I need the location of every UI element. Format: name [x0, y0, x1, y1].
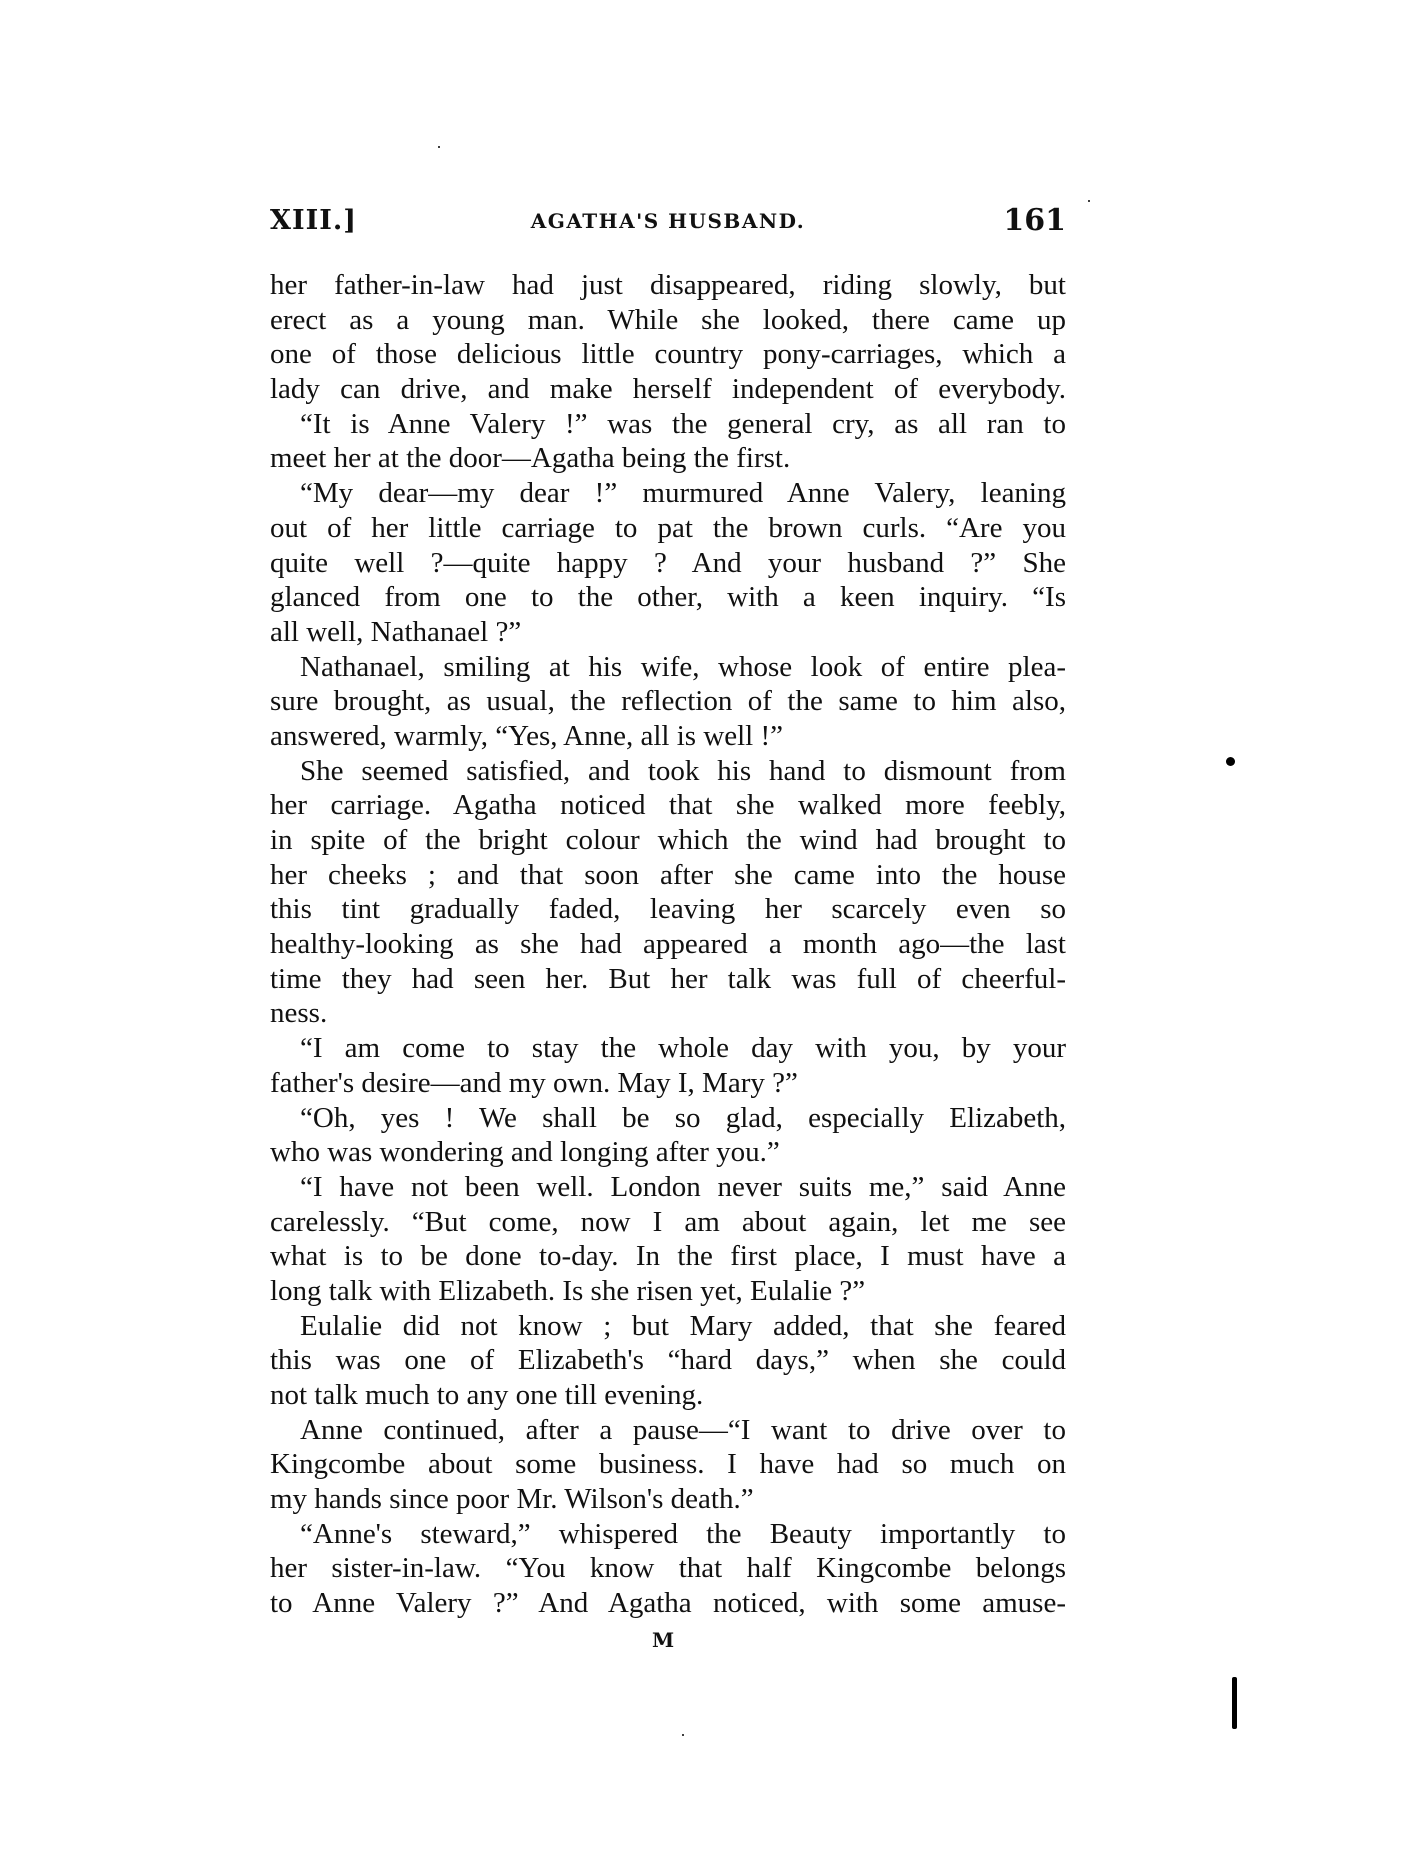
scan-speck: [1088, 200, 1090, 202]
scan-artifact-mark: [1232, 1677, 1237, 1729]
text-line: healthy-looking as she had appeared a mo…: [270, 927, 1066, 962]
text-line: her father-in-law had just disappeared, …: [270, 268, 1066, 303]
running-title: AGATHA'S HUSBAND.: [270, 209, 1066, 233]
text-line: her carriage. Agatha noticed that she wa…: [270, 788, 1066, 823]
text-line: one of those delicious little country po…: [270, 337, 1066, 372]
body-text: her father-in-law had just disappeared, …: [270, 268, 1066, 1621]
scan-speck: [438, 146, 440, 148]
text-line: Kingcombe about some business. I have ha…: [270, 1447, 1066, 1482]
text-line: father's desire—and my own. May I, Mary …: [270, 1066, 1066, 1101]
text-line: time they had seen her. But her talk was…: [270, 962, 1066, 997]
text-line: quite well ?—quite happy ? And your husb…: [270, 546, 1066, 581]
page-number: 161: [1003, 203, 1066, 238]
text-line: She seemed satisfied, and took his hand …: [270, 754, 1066, 789]
text-line: out of her little carriage to pat the br…: [270, 511, 1066, 546]
text-line: Anne continued, after a pause—“I want to…: [270, 1413, 1066, 1448]
text-line: Nathanael, smiling at his wife, whose lo…: [270, 650, 1066, 685]
text-line: this was one of Elizabeth's “hard days,”…: [270, 1343, 1066, 1378]
scan-speck: [682, 1734, 684, 1736]
text-line: her sister-in-law. “You know that half K…: [270, 1551, 1066, 1586]
text-line: her cheeks ; and that soon after she cam…: [270, 858, 1066, 893]
text-line: carelessly. “But come, now I am about ag…: [270, 1205, 1066, 1240]
text-line: erect as a young man. While she looked, …: [270, 303, 1066, 338]
text-line: ness.: [270, 996, 1066, 1031]
text-line: lady can drive, and make herself indepen…: [270, 372, 1066, 407]
text-line: “Oh, yes ! We shall be so glad, especial…: [270, 1101, 1066, 1136]
text-line: my hands since poor Mr. Wilson's death.”: [270, 1482, 1066, 1517]
text-line: this tint gradually faded, leaving her s…: [270, 892, 1066, 927]
text-line: “I have not been well. London never suit…: [270, 1170, 1066, 1205]
book-page: XIII.] AGATHA'S HUSBAND. 161 her father-…: [0, 0, 1403, 1852]
text-line: “It is Anne Valery !” was the general cr…: [270, 407, 1066, 442]
text-line: sure brought, as usual, the reflection o…: [270, 684, 1066, 719]
text-line: not talk much to any one till evening.: [270, 1378, 1066, 1413]
running-head: XIII.] AGATHA'S HUSBAND. 161: [270, 205, 1066, 245]
text-line: “I am come to stay the whole day with yo…: [270, 1031, 1066, 1066]
text-line: in spite of the bright colour which the …: [270, 823, 1066, 858]
text-line: Eulalie did not know ; but Mary added, t…: [270, 1309, 1066, 1344]
text-line: “My dear—my dear !” murmured Anne Valery…: [270, 476, 1066, 511]
text-line: “Anne's steward,” whispered the Beauty i…: [270, 1517, 1066, 1552]
text-line: what is to be done to-day. In the first …: [270, 1239, 1066, 1274]
text-line: to Anne Valery ?” And Agatha noticed, wi…: [270, 1586, 1066, 1621]
text-line: long talk with Elizabeth. Is she risen y…: [270, 1274, 1066, 1309]
scan-speck: [1226, 757, 1235, 766]
text-line: meet her at the door—Agatha being the fi…: [270, 441, 1066, 476]
text-line: glanced from one to the other, with a ke…: [270, 580, 1066, 615]
text-line: answered, warmly, “Yes, Anne, all is wel…: [270, 719, 1066, 754]
printer-signature-mark: M: [652, 1628, 674, 1652]
text-line: who was wondering and longing after you.…: [270, 1135, 1066, 1170]
text-line: all well, Nathanael ?”: [270, 615, 1066, 650]
